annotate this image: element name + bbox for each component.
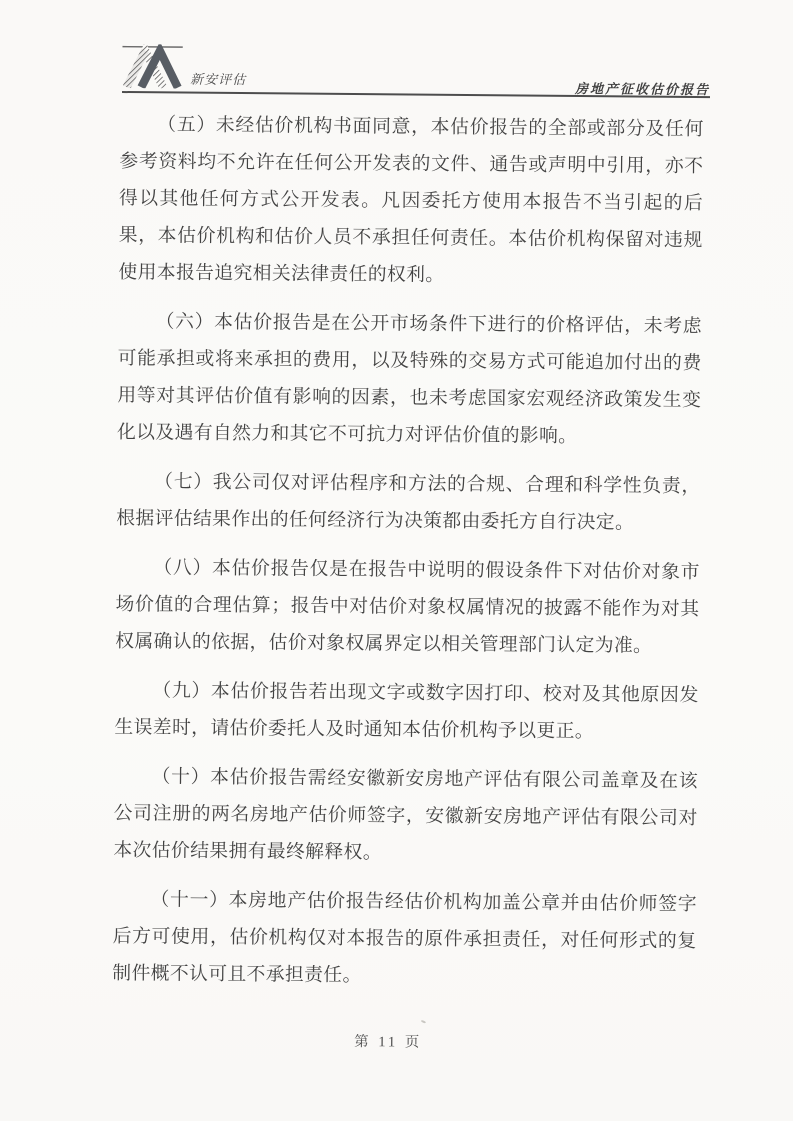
scan-artifact <box>421 1020 426 1024</box>
scanned-report-page: 新安评估 房地产征收估价报告 （五）未经估价机构书面同意，本估价报告的全部或部分… <box>0 0 793 1121</box>
page-header: 新安评估 房地产征收估价报告 <box>122 44 710 101</box>
report-paragraph: （九）本估价报告若出现文字或数字因打印、校对及其他原因发生误差时，请估价委托人及… <box>114 672 699 751</box>
report-paragraph: （十一）本房地产估价报告经估价机构加盖公章并由估价师签字后方可使用，估价机构仅对… <box>112 881 697 997</box>
document-body: （五）未经估价机构书面同意，本估价报告的全部或部分及任何参考资料均不允许在任何公… <box>112 106 704 1009</box>
logo-company-name: 新安评估 <box>190 69 246 88</box>
report-paragraph: （五）未经估价机构书面同意，本估价报告的全部或部分及任何参考资料均不允许在任何公… <box>118 106 704 296</box>
scan-skew-wrapper: 新安评估 房地产征收估价报告 （五）未经估价机构书面同意，本估价报告的全部或部分… <box>0 0 793 1121</box>
xinan-m-logo-icon <box>122 44 186 89</box>
report-paragraph: （八）本估价报告仅是在报告中说明的假设条件下对估价对象市场价值的合理估算；报告中… <box>115 549 700 665</box>
report-paragraph: （六）本估价报告是在公开市场条件下进行的价格评估，未考虑可能承担或将来承担的费用… <box>117 303 702 456</box>
report-paragraph: （七）我公司仅对评估程序和方法的合规、合理和科学性负责，根据评估结果作出的任何经… <box>116 463 701 542</box>
company-logo: 新安评估 <box>122 44 272 89</box>
page-number: 第 11 页 <box>354 1034 422 1051</box>
report-paragraph: （十）本估价报告需经安徽新安房地产评估有限公司盖章及在该公司注册的两名房地产估价… <box>113 758 698 874</box>
page-footer: 第 11 页 <box>0 1027 785 1055</box>
